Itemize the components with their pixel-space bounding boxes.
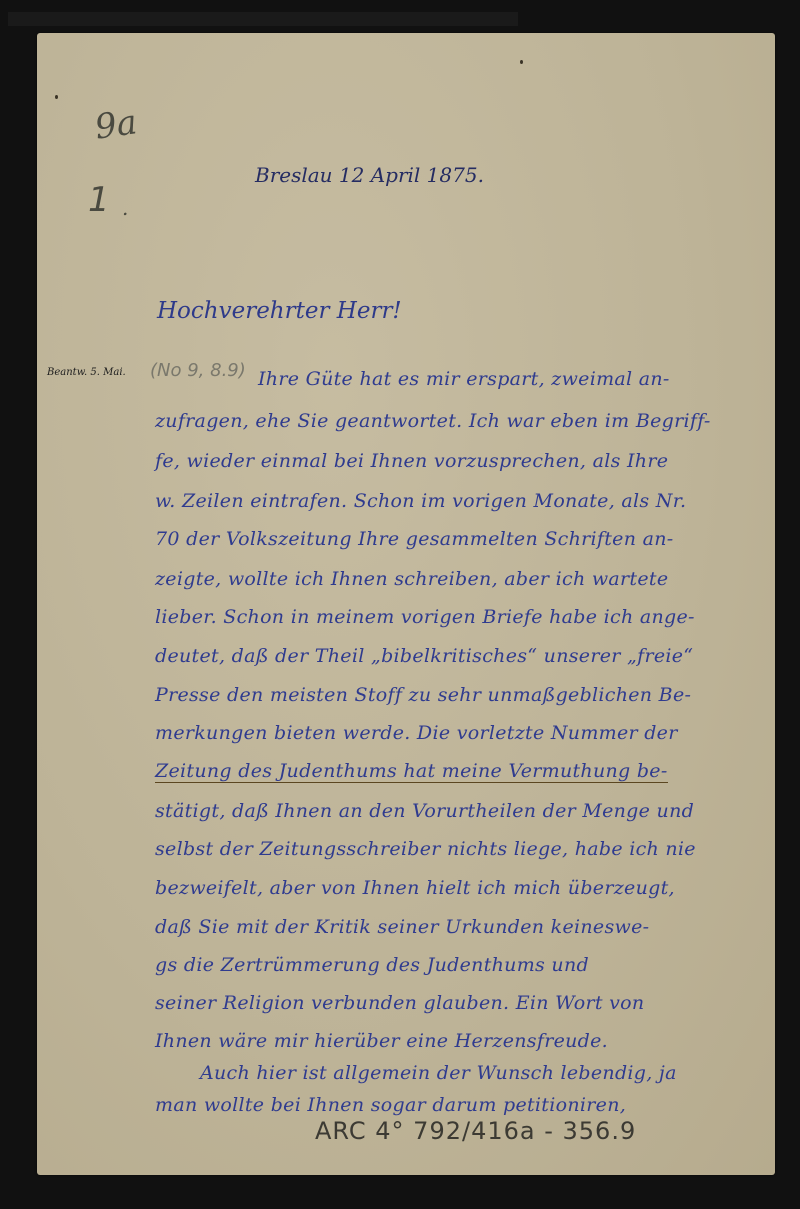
body-line: zufragen, ehe Sie geantwortet. Ich war e… xyxy=(155,410,711,432)
underlined-title: Zeitung des Judenthums hat meine Vermuth… xyxy=(155,760,668,783)
scan-frame-edge xyxy=(8,12,518,26)
body-line: 70 der Volkszeitung Ihre gesammelten Sch… xyxy=(155,528,673,550)
body-line: bezweifelt, aber von Ihnen hielt ich mic… xyxy=(155,877,675,899)
body-line: gs die Zertrümmerung des Judenthums und xyxy=(155,954,589,976)
body-line: w. Zeilen eintrafen. Schon im vorigen Mo… xyxy=(155,490,686,512)
body-line: stätigt, daß Ihnen an den Vorurtheilen d… xyxy=(155,800,694,822)
margin-pencil-reference: (No 9, 8.9) xyxy=(150,360,246,381)
body-line: seiner Religion verbunden glauben. Ein W… xyxy=(155,992,644,1014)
body-line: merkungen bieten werde. Die vorletzte Nu… xyxy=(155,722,678,744)
body-line: Presse den meisten Stoff zu sehr unmaßge… xyxy=(155,684,691,706)
body-line: Ihre Güte hat es mir erspart, zweimal an… xyxy=(258,368,670,390)
body-line: man wollte bei Ihnen sogar darum petitio… xyxy=(155,1094,626,1116)
folio-dot: . xyxy=(122,196,128,220)
archive-signature: ARC 4° 792/416a - 356.9 xyxy=(315,1117,636,1145)
margin-note-answered: Beantw. 5. Mai. xyxy=(47,367,126,378)
body-line: Auch hier ist allgemein der Wunsch leben… xyxy=(200,1062,677,1084)
paper-speck xyxy=(55,95,58,99)
body-line-underlined: Zeitung des Judenthums hat meine Vermuth… xyxy=(155,760,668,782)
body-line: lieber. Schon in meinem vorigen Briefe h… xyxy=(155,606,695,628)
body-line: deutet, daß der Theil „bibelkritisches“ … xyxy=(155,645,693,667)
body-line: fe, wieder einmal bei Ihnen vorzuspreche… xyxy=(155,450,668,472)
body-line: zeigte, wollte ich Ihnen schreiben, aber… xyxy=(155,568,668,590)
body-line: selbst der Zeitungsschreiber nichts lieg… xyxy=(155,838,696,860)
folio-number: 1 xyxy=(88,180,110,220)
body-line: Ihnen wäre mir hierüber eine Herzensfreu… xyxy=(155,1030,608,1052)
folio-mark: 9a xyxy=(92,102,139,147)
salutation: Hochverehrter Herr! xyxy=(157,298,402,324)
dateline: Breslau 12 April 1875. xyxy=(255,163,484,187)
paper-speck xyxy=(520,60,523,64)
body-line: daß Sie mit der Kritik seiner Urkunden k… xyxy=(155,916,649,938)
